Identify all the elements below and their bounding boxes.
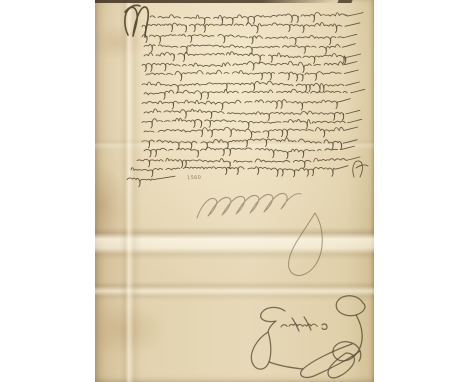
- signature-block: [251, 296, 365, 378]
- handwriting-layer: [95, 0, 374, 382]
- manuscript-paper: 1560: [95, 0, 374, 382]
- scan-background: 1560: [0, 0, 468, 382]
- pen-loop-flourish: [289, 213, 323, 275]
- body-text-lines: [127, 12, 365, 186]
- pencil-date-note: 1560: [187, 176, 201, 181]
- line-end-paraph: [353, 161, 368, 177]
- secretary-scrawl-paraph: [197, 193, 301, 218]
- initial-letter-m: [125, 5, 148, 37]
